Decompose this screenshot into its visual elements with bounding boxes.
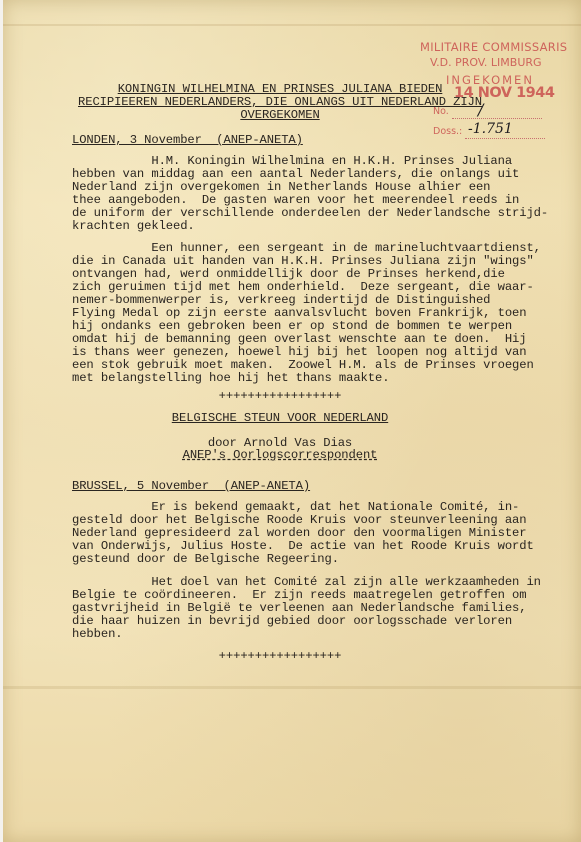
stamp-line-1: MILITAIRE COMMISSARIS [420, 40, 567, 54]
paper-fold [3, 24, 581, 26]
article2-byline-role: ANEP's Oorlogscorrespondent [60, 449, 500, 462]
stamp-line-2: V.D. PROV. LIMBURG [430, 56, 542, 69]
article2-dateline: BRUSSEL, 5 November (ANEP-ANETA) [72, 480, 310, 493]
article1-dateline: LONDEN, 3 November (ANEP-ANETA) [72, 134, 303, 147]
separator: +++++++++++++++++ [60, 650, 500, 663]
article2-headline: BELGISCHE STEUN VOOR NEDERLAND [60, 412, 500, 425]
text-line: met belangstelling hoe hij het thans maa… [72, 372, 389, 385]
stamp-dossier-label: Doss.: [433, 126, 462, 137]
text-line: krachten gekleed. [72, 220, 195, 233]
text-line: die haar huizen in bevrijd gebied door o… [72, 615, 512, 628]
stamp-dossier-value: -1.751 [468, 121, 513, 137]
paper-fold [3, 686, 581, 689]
text-line: hebben. [72, 628, 123, 641]
separator: +++++++++++++++++ [60, 390, 500, 403]
text-line: gesteund door de Belgische Regeering. [72, 553, 339, 566]
article1-headline-line3: OVERGEKOMEN [60, 109, 500, 122]
stamp-dossier-line [465, 138, 545, 139]
